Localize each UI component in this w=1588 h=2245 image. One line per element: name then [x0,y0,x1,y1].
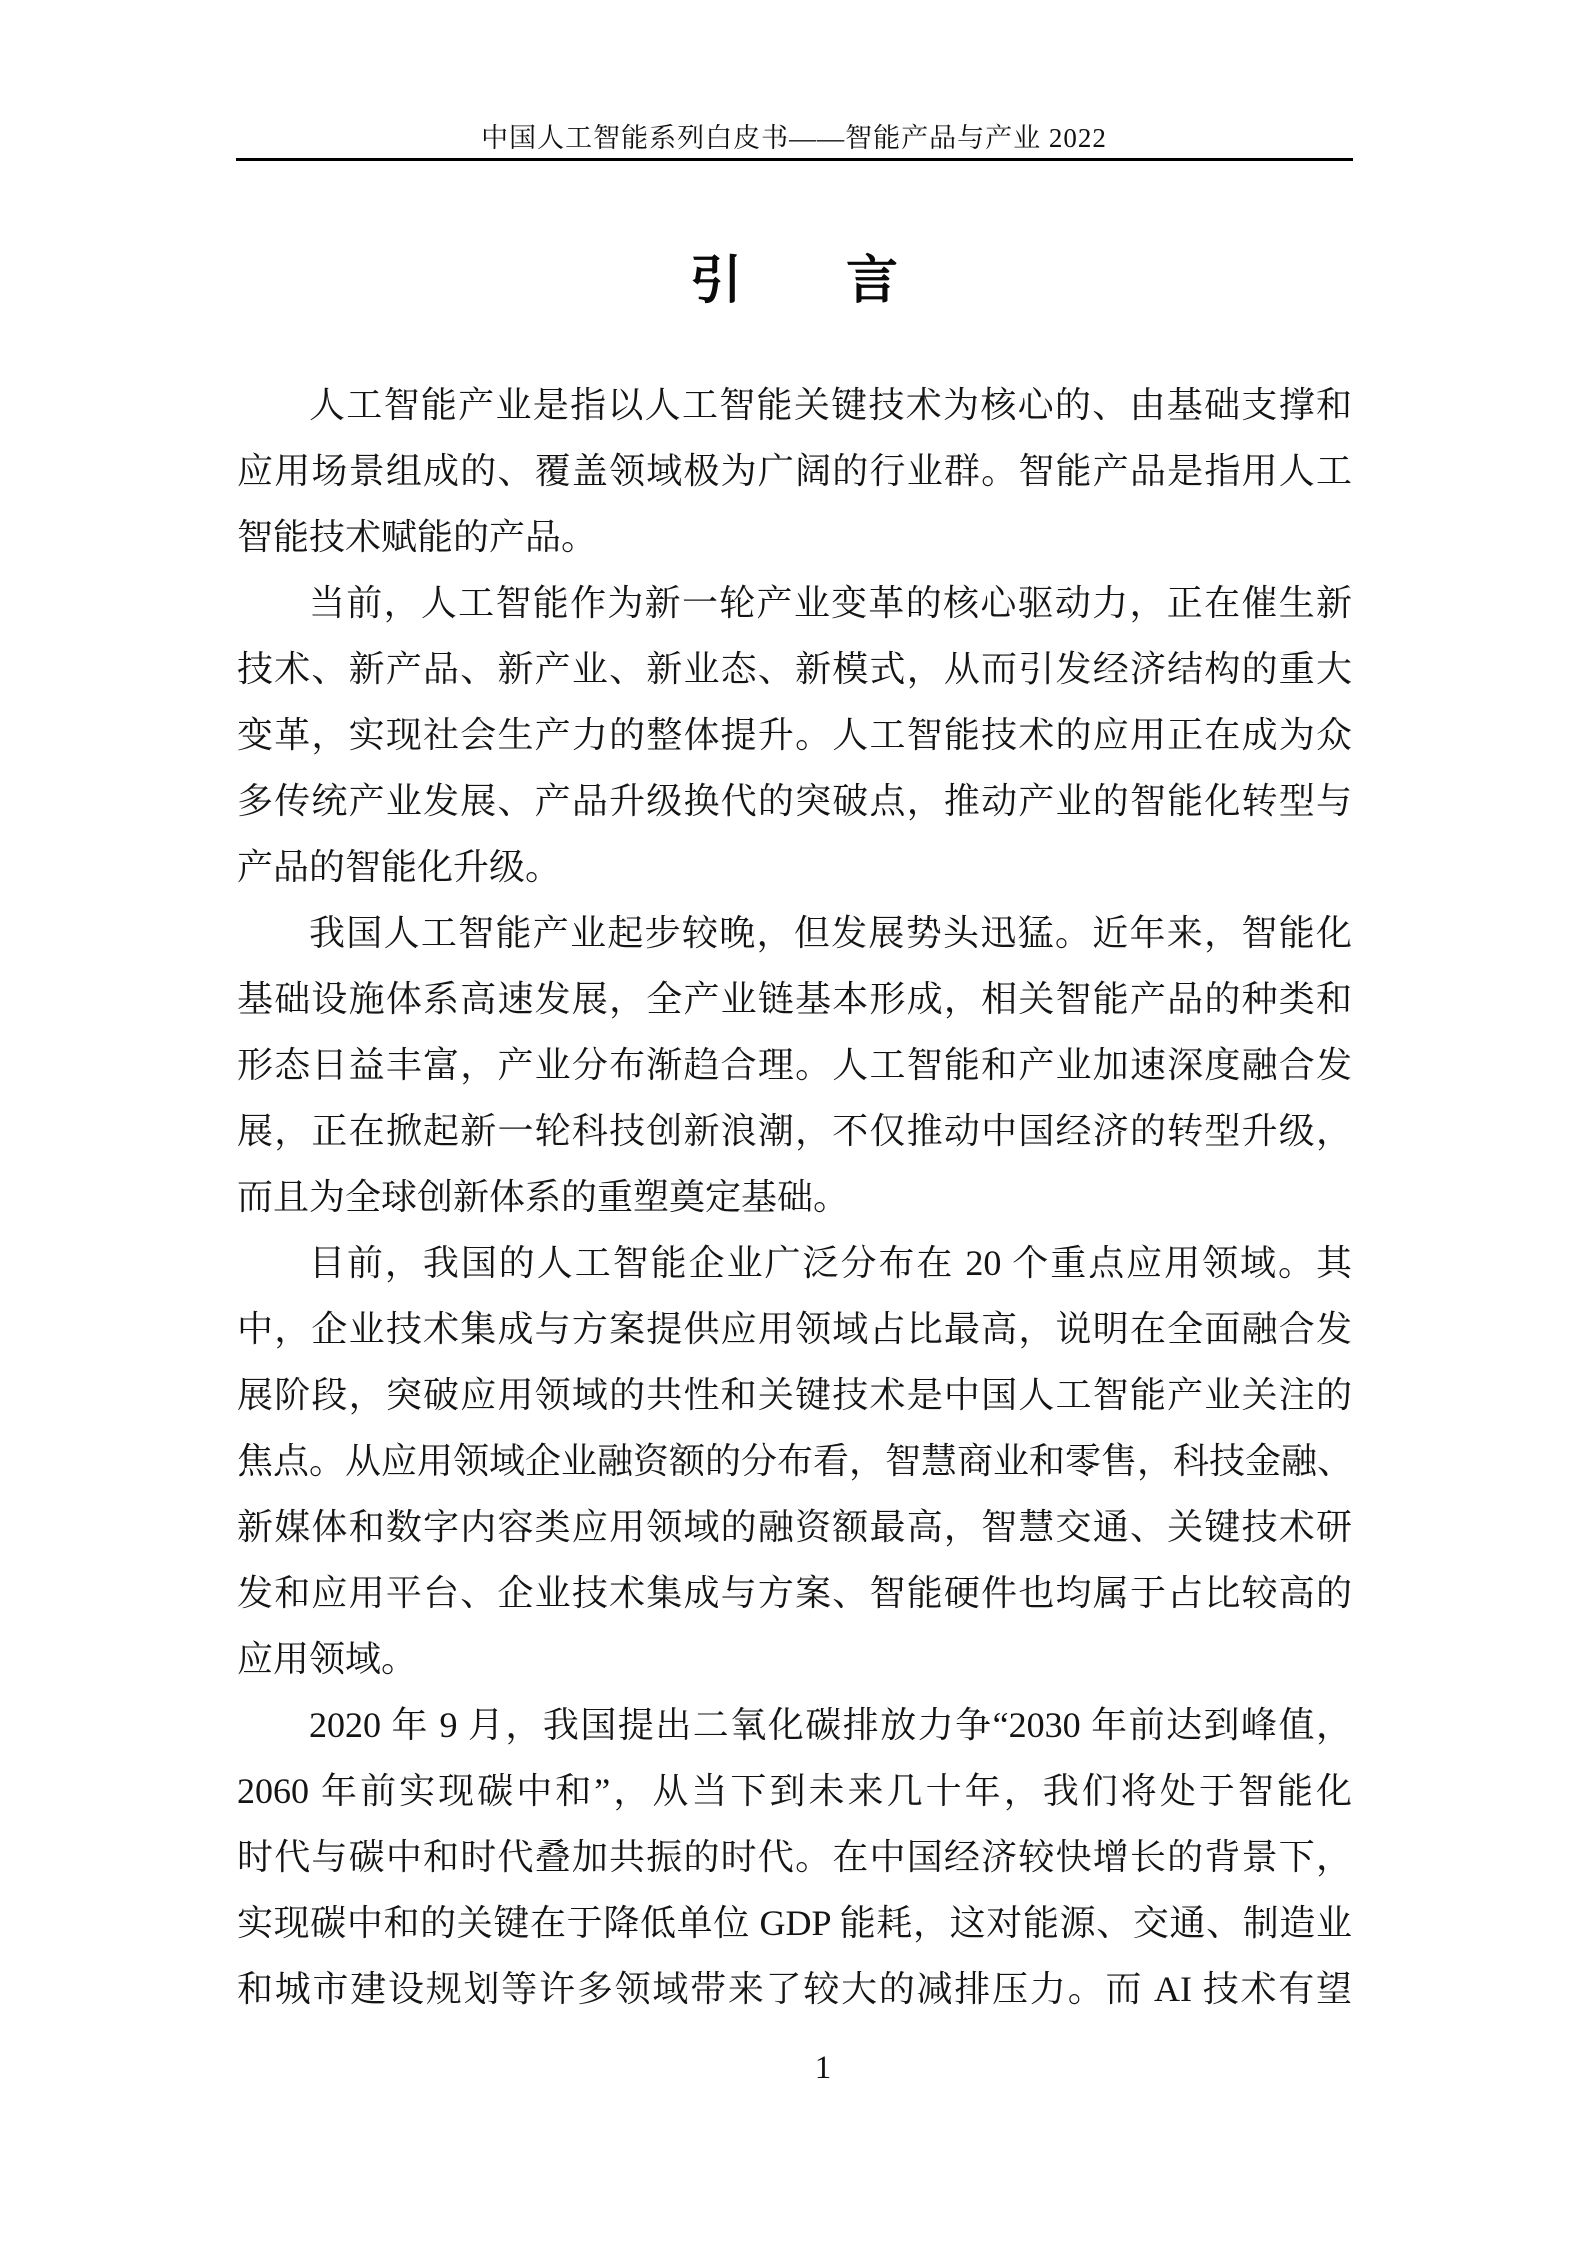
text-line: 形态日益丰富，产业分布渐趋合理。人工智能和产业加速深度融合发 [237,1032,1352,1098]
paragraph: 我国人工智能产业起步较晚，但发展势头迅猛。近年来，智能化 基础设施体系高速发展，… [237,900,1352,1230]
text-line: 我国人工智能产业起步较晚，但发展势头迅猛。近年来，智能化 [237,900,1352,966]
text-line: 产品的智能化升级。 [237,834,1352,900]
running-header: 中国人工智能系列白皮书——智能产品与产业 2022 [0,116,1588,155]
text-line: 基础设施体系高速发展，全产业链基本形成，相关智能产品的种类和 [237,966,1352,1032]
text-line: 应用领域。 [237,1626,1352,1692]
text-line: 当前，人工智能作为新一轮产业变革的核心驱动力，正在催生新 [237,570,1352,636]
paragraph: 人工智能产业是指以人工智能关键技术为核心的、由基础支撑和 应用场景组成的、覆盖领… [237,372,1352,570]
document-page: 中国人工智能系列白皮书——智能产品与产业 2022 引 言 人工智能产业是指以人… [0,0,1588,2245]
text-line: 技术、新产品、新产业、新业态、新模式，从而引发经济结构的重大 [237,636,1352,702]
text-line: 和城市建设规划等许多领域带来了较大的减排压力。而 AI 技术有望 [237,1956,1352,2022]
text-line: 实现碳中和的关键在于降低单位 GDP 能耗，这对能源、交通、制造业 [237,1890,1352,1956]
text-line: 中，企业技术集成与方案提供应用领域占比最高，说明在全面融合发 [237,1296,1352,1362]
text-line: 变革，实现社会生产力的整体提升。人工智能技术的应用正在成为众 [237,702,1352,768]
page-number: 1 [29,2050,1588,2087]
text-line: 智能技术赋能的产品。 [237,504,1352,570]
text-line: 焦点。从应用领域企业融资额的分布看，智慧商业和零售，科技金融、 [237,1428,1352,1494]
text-line: 时代与碳中和时代叠加共振的时代。在中国经济较快增长的背景下， [237,1824,1352,1890]
header-rule [236,158,1353,161]
text-line: 展阶段，突破应用领域的共性和关键技术是中国人工智能产业关注的 [237,1362,1352,1428]
paragraph: 目前，我国的人工智能企业广泛分布在 20 个重点应用领域。其 中，企业技术集成与… [237,1230,1352,1692]
text-line: 应用场景组成的、覆盖领域极为广阔的行业群。智能产品是指用人工 [237,438,1352,504]
text-line: 人工智能产业是指以人工智能关键技术为核心的、由基础支撑和 [237,372,1352,438]
text-line: 而且为全球创新体系的重塑奠定基础。 [237,1164,1352,1230]
text-line: 2060 年前实现碳中和”，从当下到未来几十年，我们将处于智能化 [237,1758,1352,1824]
paragraph: 2020 年 9 月，我国提出二氧化碳排放力争“2030 年前达到峰值， 206… [237,1692,1352,2022]
text-line: 新媒体和数字内容类应用领域的融资额最高，智慧交通、关键技术研 [237,1494,1352,1560]
text-line: 发和应用平台、企业技术集成与方案、智能硬件也均属于占比较高的 [237,1560,1352,1626]
text-line: 2020 年 9 月，我国提出二氧化碳排放力争“2030 年前达到峰值， [237,1692,1352,1758]
text-line: 展，正在掀起新一轮科技创新浪潮，不仅推动中国经济的转型升级， [237,1098,1352,1164]
paragraph: 当前，人工智能作为新一轮产业变革的核心驱动力，正在催生新 技术、新产品、新产业、… [237,570,1352,900]
page-title: 引 言 [0,238,1588,313]
text-line: 目前，我国的人工智能企业广泛分布在 20 个重点应用领域。其 [237,1230,1352,1296]
body-text: 人工智能产业是指以人工智能关键技术为核心的、由基础支撑和 应用场景组成的、覆盖领… [237,372,1352,2022]
text-line: 多传统产业发展、产品升级换代的突破点，推动产业的智能化转型与 [237,768,1352,834]
